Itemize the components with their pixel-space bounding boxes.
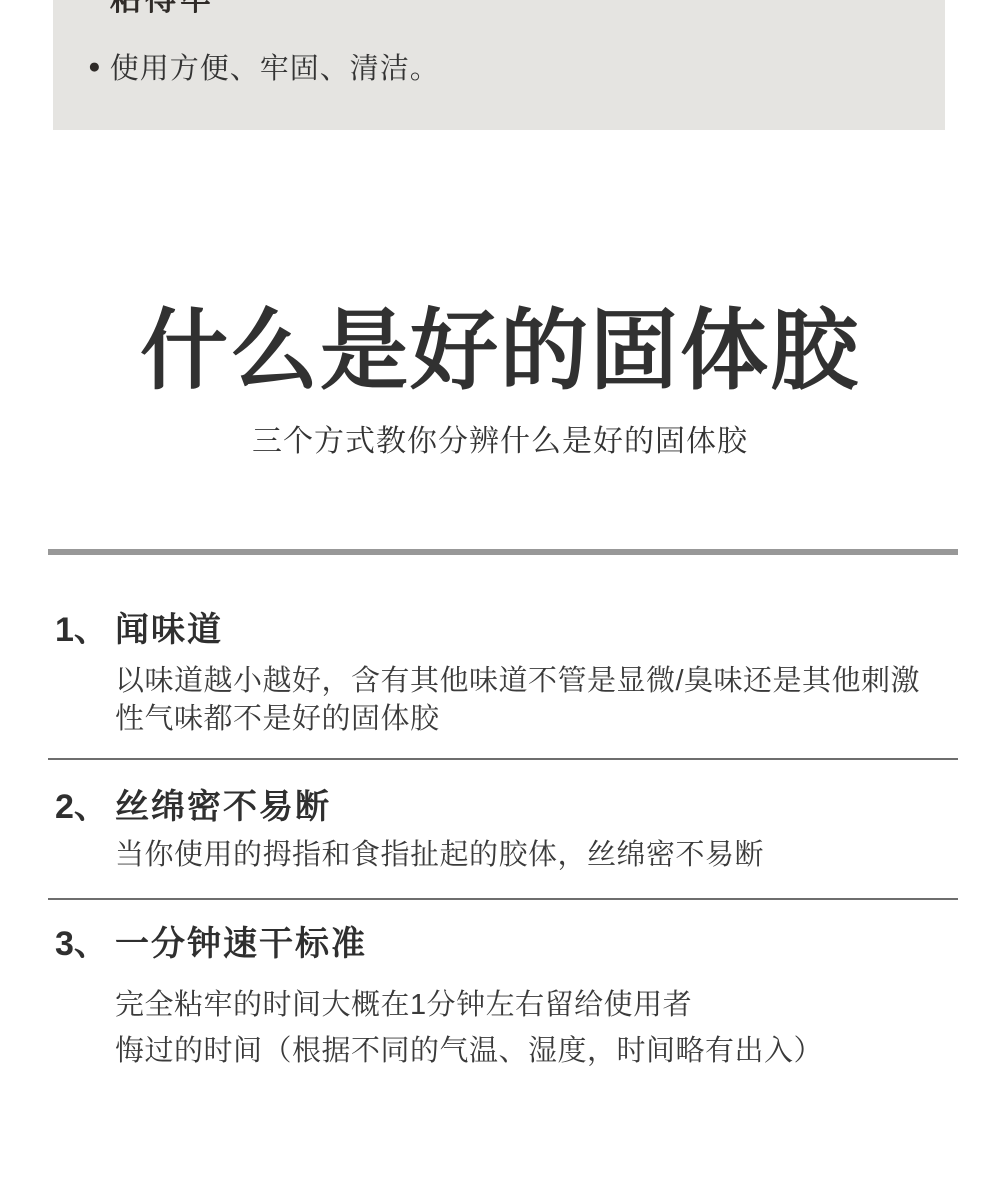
feature-bullet-text: 使用方便、牢固、清洁。 [110, 46, 440, 87]
section-body: 完全粘牢的时间大概在1分钟左右留给使用者 悔过的时间（根据不同的气温、湿度，时间… [0, 982, 1000, 1074]
section-heading-text: 丝绵密不易断 [115, 788, 331, 826]
section-number: 2、 [55, 788, 115, 826]
section-body-line: 以味道越小越好，含有其他味道不管是显微/臭味还是其他刺激 [115, 662, 950, 700]
divider-thin [48, 898, 958, 900]
section-heading-text: 闻味道 [115, 611, 223, 649]
feature-panel: 粘得牢 ● 使用方便、牢固、清洁。 [53, 0, 945, 130]
section-smell: 1、 闻味道 以味道越小越好，含有其他味道不管是显微/臭味还是其他刺激 性气味都… [0, 611, 1000, 738]
page-subtitle: 三个方式教你分辨什么是好的固体胶 [0, 424, 1000, 460]
section-body-line: 当你使用的拇指和食指扯起的胶体，丝绵密不易断 [115, 836, 950, 874]
page-title: 什么是好的固体胶 [0, 302, 1000, 400]
section-quickdry: 3、 一分钟速干标准 完全粘牢的时间大概在1分钟左右留给使用者 悔过的时间（根据… [0, 925, 1000, 1074]
section-heading-text: 一分钟速干标准 [115, 925, 367, 963]
section-heading: 3、 一分钟速干标准 [0, 925, 1000, 963]
divider-thin [48, 758, 958, 760]
section-body: 当你使用的拇指和食指扯起的胶体，丝绵密不易断 [0, 836, 1000, 874]
section-body-line: 性气味都不是好的固体胶 [115, 700, 950, 738]
section-body-line: 悔过的时间（根据不同的气温、湿度，时间略有出入） [115, 1028, 950, 1074]
section-heading: 1、 闻味道 [0, 611, 1000, 649]
section-number: 1、 [55, 611, 115, 649]
divider-thick [48, 549, 958, 555]
section-silk: 2、 丝绵密不易断 当你使用的拇指和食指扯起的胶体，丝绵密不易断 [0, 788, 1000, 874]
product-description-page: 粘得牢 ● 使用方便、牢固、清洁。 什么是好的固体胶 三个方式教你分辨什么是好的… [0, 0, 1000, 1194]
section-heading: 2、 丝绵密不易断 [0, 788, 1000, 826]
bullet-icon: ● [88, 56, 101, 77]
section-body: 以味道越小越好，含有其他味道不管是显微/臭味还是其他刺激 性气味都不是好的固体胶 [0, 662, 1000, 738]
clipped-feature-text: 粘得牢 [110, 0, 215, 19]
section-number: 3、 [55, 925, 115, 963]
section-body-line: 完全粘牢的时间大概在1分钟左右留给使用者 [115, 982, 950, 1028]
feature-bullet-row: ● 使用方便、牢固、清洁。 [88, 46, 440, 87]
